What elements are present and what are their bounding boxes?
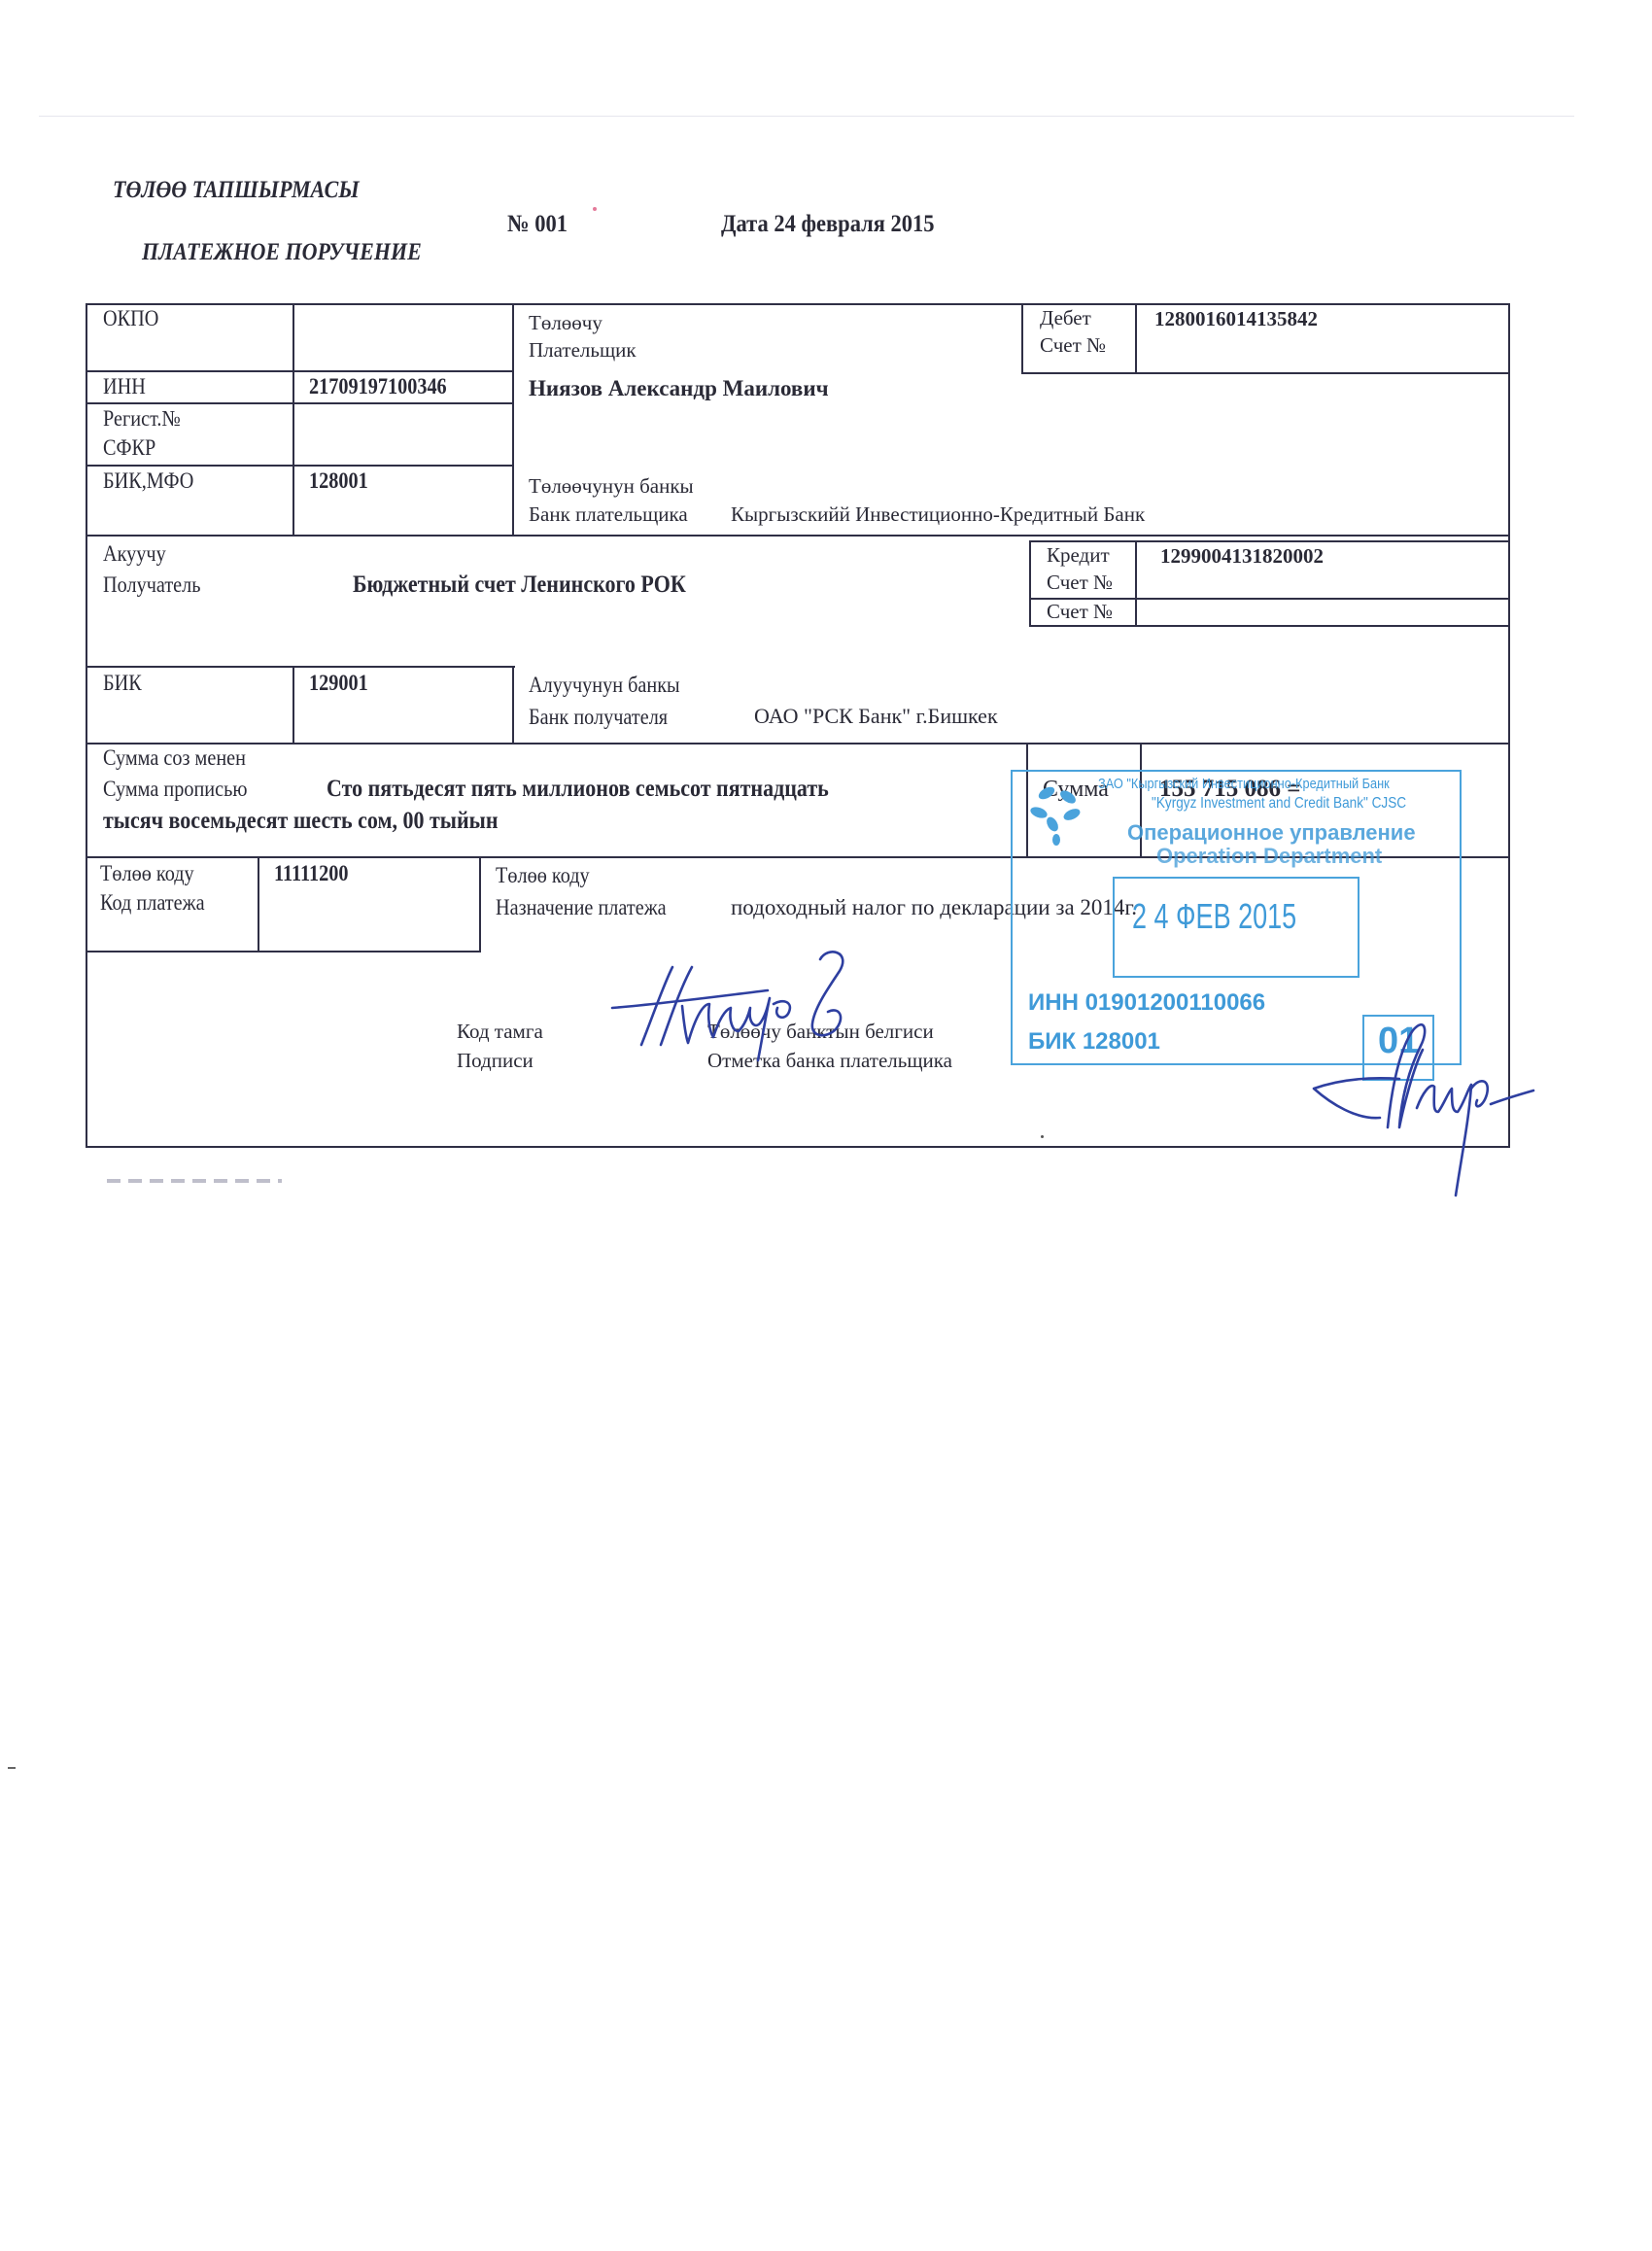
col-divider xyxy=(293,666,294,744)
stamp-line4: Operation Department xyxy=(1156,844,1382,869)
account-label: Счет № xyxy=(1047,598,1113,625)
col-divider xyxy=(1029,540,1031,626)
scan-edge-line xyxy=(39,116,1574,117)
amount-words-line2: тысяч восемьдесят шесть сом, 00 тыйын xyxy=(103,807,499,836)
document-date: Дата 24 февраля 2015 xyxy=(721,211,935,238)
recipient-label-kg: Акуучу xyxy=(103,539,166,569)
payment-code-value: 11111200 xyxy=(274,859,349,888)
scan-artifact-dash xyxy=(8,1767,16,1769)
amount-words-line1: Сто пятьдесят пять миллионов семьсот пят… xyxy=(327,775,829,804)
reg-label-2: СФКР xyxy=(103,433,155,463)
row-divider xyxy=(86,370,514,372)
credit-label-1: Кредит xyxy=(1047,541,1110,569)
document-number: № 001 xyxy=(507,211,568,238)
payer-label-ru: Плательщик xyxy=(529,336,637,364)
payer-name: Ниязов Александр Маилович xyxy=(529,374,829,403)
payer-bank-name: Кыргызскийй Инвестиционно-Кредитный Банк xyxy=(731,501,1145,528)
purpose-label-ru: Назначение платежа xyxy=(496,893,667,922)
col-divider xyxy=(1135,540,1137,626)
debit-label-1: Дебет xyxy=(1040,304,1091,331)
recipient-bank-label-kg: Алуучунун банкы xyxy=(529,671,680,700)
recipient-bik-label: БИК xyxy=(103,669,142,698)
stamp-inn: ИНН 01901200110066 xyxy=(1028,989,1265,1017)
signatures-label: Подписи xyxy=(457,1047,533,1074)
purpose-label-kg: Төлөө коду xyxy=(496,861,590,890)
col-divider xyxy=(293,303,294,535)
payer-signature xyxy=(602,948,913,1064)
amount-words-label-ru: Сумма прописью xyxy=(103,775,247,804)
recipient-bik-value: 129001 xyxy=(309,669,368,698)
ink-dot xyxy=(1041,1135,1044,1138)
amount-words-label-kg: Сумма соз менен xyxy=(103,744,246,773)
reg-label-1: Регист.№ xyxy=(103,404,181,433)
section-divider xyxy=(86,535,1510,537)
col-divider xyxy=(1021,303,1023,373)
stamp-date: 2 4 ФЕВ 2015 xyxy=(1132,896,1296,937)
bik-mfo-value: 128001 xyxy=(309,467,368,496)
payment-code-label-kg: Төлөө коду xyxy=(100,859,194,888)
bank-officer-signature xyxy=(1312,1011,1535,1205)
payer-bank-label-kg: Төлөөчунун банкы xyxy=(529,472,694,500)
credit-account: 1299004131820002 xyxy=(1160,541,1324,571)
col-divider xyxy=(479,856,481,952)
recipient-bank-name: ОАО "РСК Банк" г.Бишкек xyxy=(754,703,998,730)
frame-bottom xyxy=(86,1146,1510,1148)
stamp-bik: БИК 128001 xyxy=(1028,1028,1160,1056)
stamp-line1: ЗАО "Кыргызский Инвестиционно-Кредитный … xyxy=(1098,776,1390,792)
col-divider xyxy=(512,666,514,744)
section-divider xyxy=(86,743,1510,745)
stamp-line3: Операционное управление xyxy=(1127,820,1416,846)
okpo-label: ОКПО xyxy=(103,304,158,333)
credit-label-2: Счет № xyxy=(1047,569,1113,596)
title-russian: ПЛАТЕЖНОЕ ПОРУЧЕНИЕ xyxy=(142,239,422,266)
stamp-code-label: Код тамга xyxy=(457,1018,543,1045)
row-divider xyxy=(1021,372,1510,374)
scan-artifact xyxy=(107,1179,282,1183)
frame-left xyxy=(86,303,87,1148)
recipient-bank-label-ru: Банк получателя xyxy=(529,703,668,732)
bik-mfo-label: БИК,МФО xyxy=(103,467,193,496)
payment-code-label-ru: Код платежа xyxy=(100,888,205,918)
debit-label-2: Счет № xyxy=(1040,331,1106,359)
row-divider xyxy=(86,666,515,668)
row-divider xyxy=(1029,625,1510,627)
col-divider xyxy=(1135,303,1137,373)
payer-bank-label-ru: Банк плательщика xyxy=(529,501,688,528)
red-mark xyxy=(593,207,597,211)
debit-account: 1280016014135842 xyxy=(1154,304,1318,333)
payer-label-kg: Төлөөчу xyxy=(529,309,602,336)
row-divider xyxy=(86,951,481,952)
title-kyrgyz: ТӨЛӨӨ ТАПШЫРМАСЫ xyxy=(113,177,360,204)
inn-value: 21709197100346 xyxy=(309,372,447,401)
col-divider xyxy=(512,303,514,535)
col-divider xyxy=(258,856,259,952)
recipient-label-ru: Получатель xyxy=(103,571,200,600)
inn-label: ИНН xyxy=(103,372,146,401)
recipient-name: Бюджетный счет Ленинского РОК xyxy=(353,571,686,600)
bank-logo-icon xyxy=(1025,776,1093,853)
stamp-line2: "Kyrgyz Investment and Credit Bank" CJSC xyxy=(1152,795,1406,813)
